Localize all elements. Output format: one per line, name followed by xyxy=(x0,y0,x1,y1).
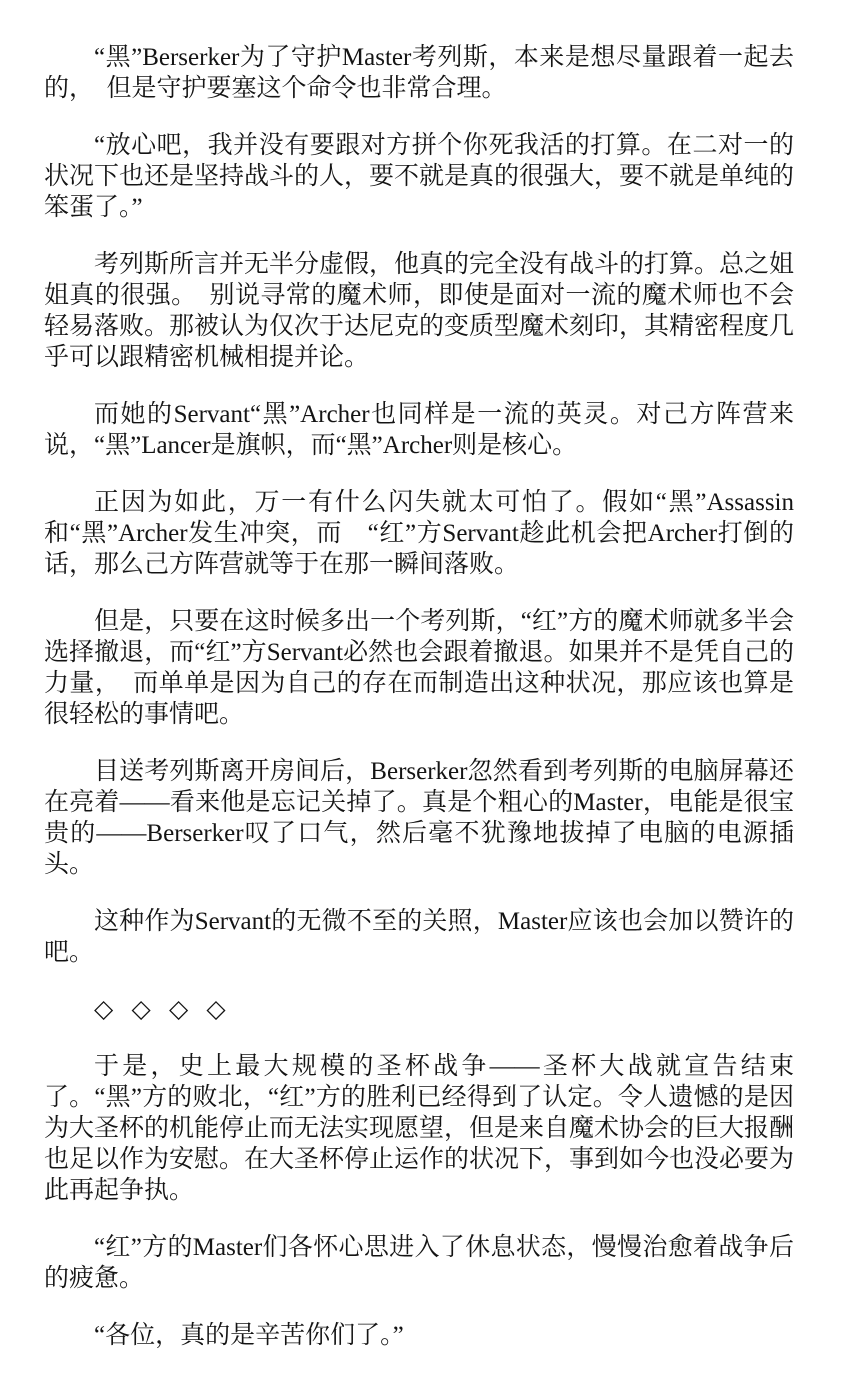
paragraph: 于是，史上最大规模的圣杯战争——圣杯大战就宣告结束了。“黑”方的败北，“红”方的… xyxy=(44,1051,794,1206)
novel-page: “黑”Berserker为了守护Master考列斯，本来是想尽量跟着一起去的， … xyxy=(0,0,850,1400)
paragraph: 这种作为Servant的无微不至的关照，Master应该也会加以赞许的吧。 xyxy=(44,906,794,968)
paragraph: “黑”Berserker为了守护Master考列斯，本来是想尽量跟着一起去的， … xyxy=(44,42,794,104)
paragraph: 考列斯所言并无半分虚假，他真的完全没有战斗的打算。总之姐姐真的很强。 别说寻常的… xyxy=(44,249,794,373)
paragraph: 目送考列斯离开房间后，Berserker忽然看到考列斯的电脑屏幕还在亮着——看来… xyxy=(44,756,794,880)
paragraph: 而她的Servant“黑”Archer也同样是一流的英灵。对己方阵营来说，“黑”… xyxy=(44,399,794,461)
paragraph: 但是，只要在这时候多出一个考列斯，“红”方的魔术师就多半会选择撤退，而“红”方S… xyxy=(44,606,794,730)
paragraph: “各位，真的是辛苦你们了。” xyxy=(44,1320,794,1351)
diamond-section-divider: ◇ ◇ ◇ ◇ xyxy=(44,994,794,1025)
paragraph: “放心吧，我并没有要跟对方拼个你死我活的打算。在二对一的状况下也还是坚持战斗的人… xyxy=(44,130,794,223)
paragraph: 正因为如此，万一有什么闪失就太可怕了。假如“黑”Assassin和“黑”Arch… xyxy=(44,487,794,580)
paragraph: “红”方的Master们各怀心思进入了休息状态，慢慢治愈着战争后的疲惫。 xyxy=(44,1232,794,1294)
